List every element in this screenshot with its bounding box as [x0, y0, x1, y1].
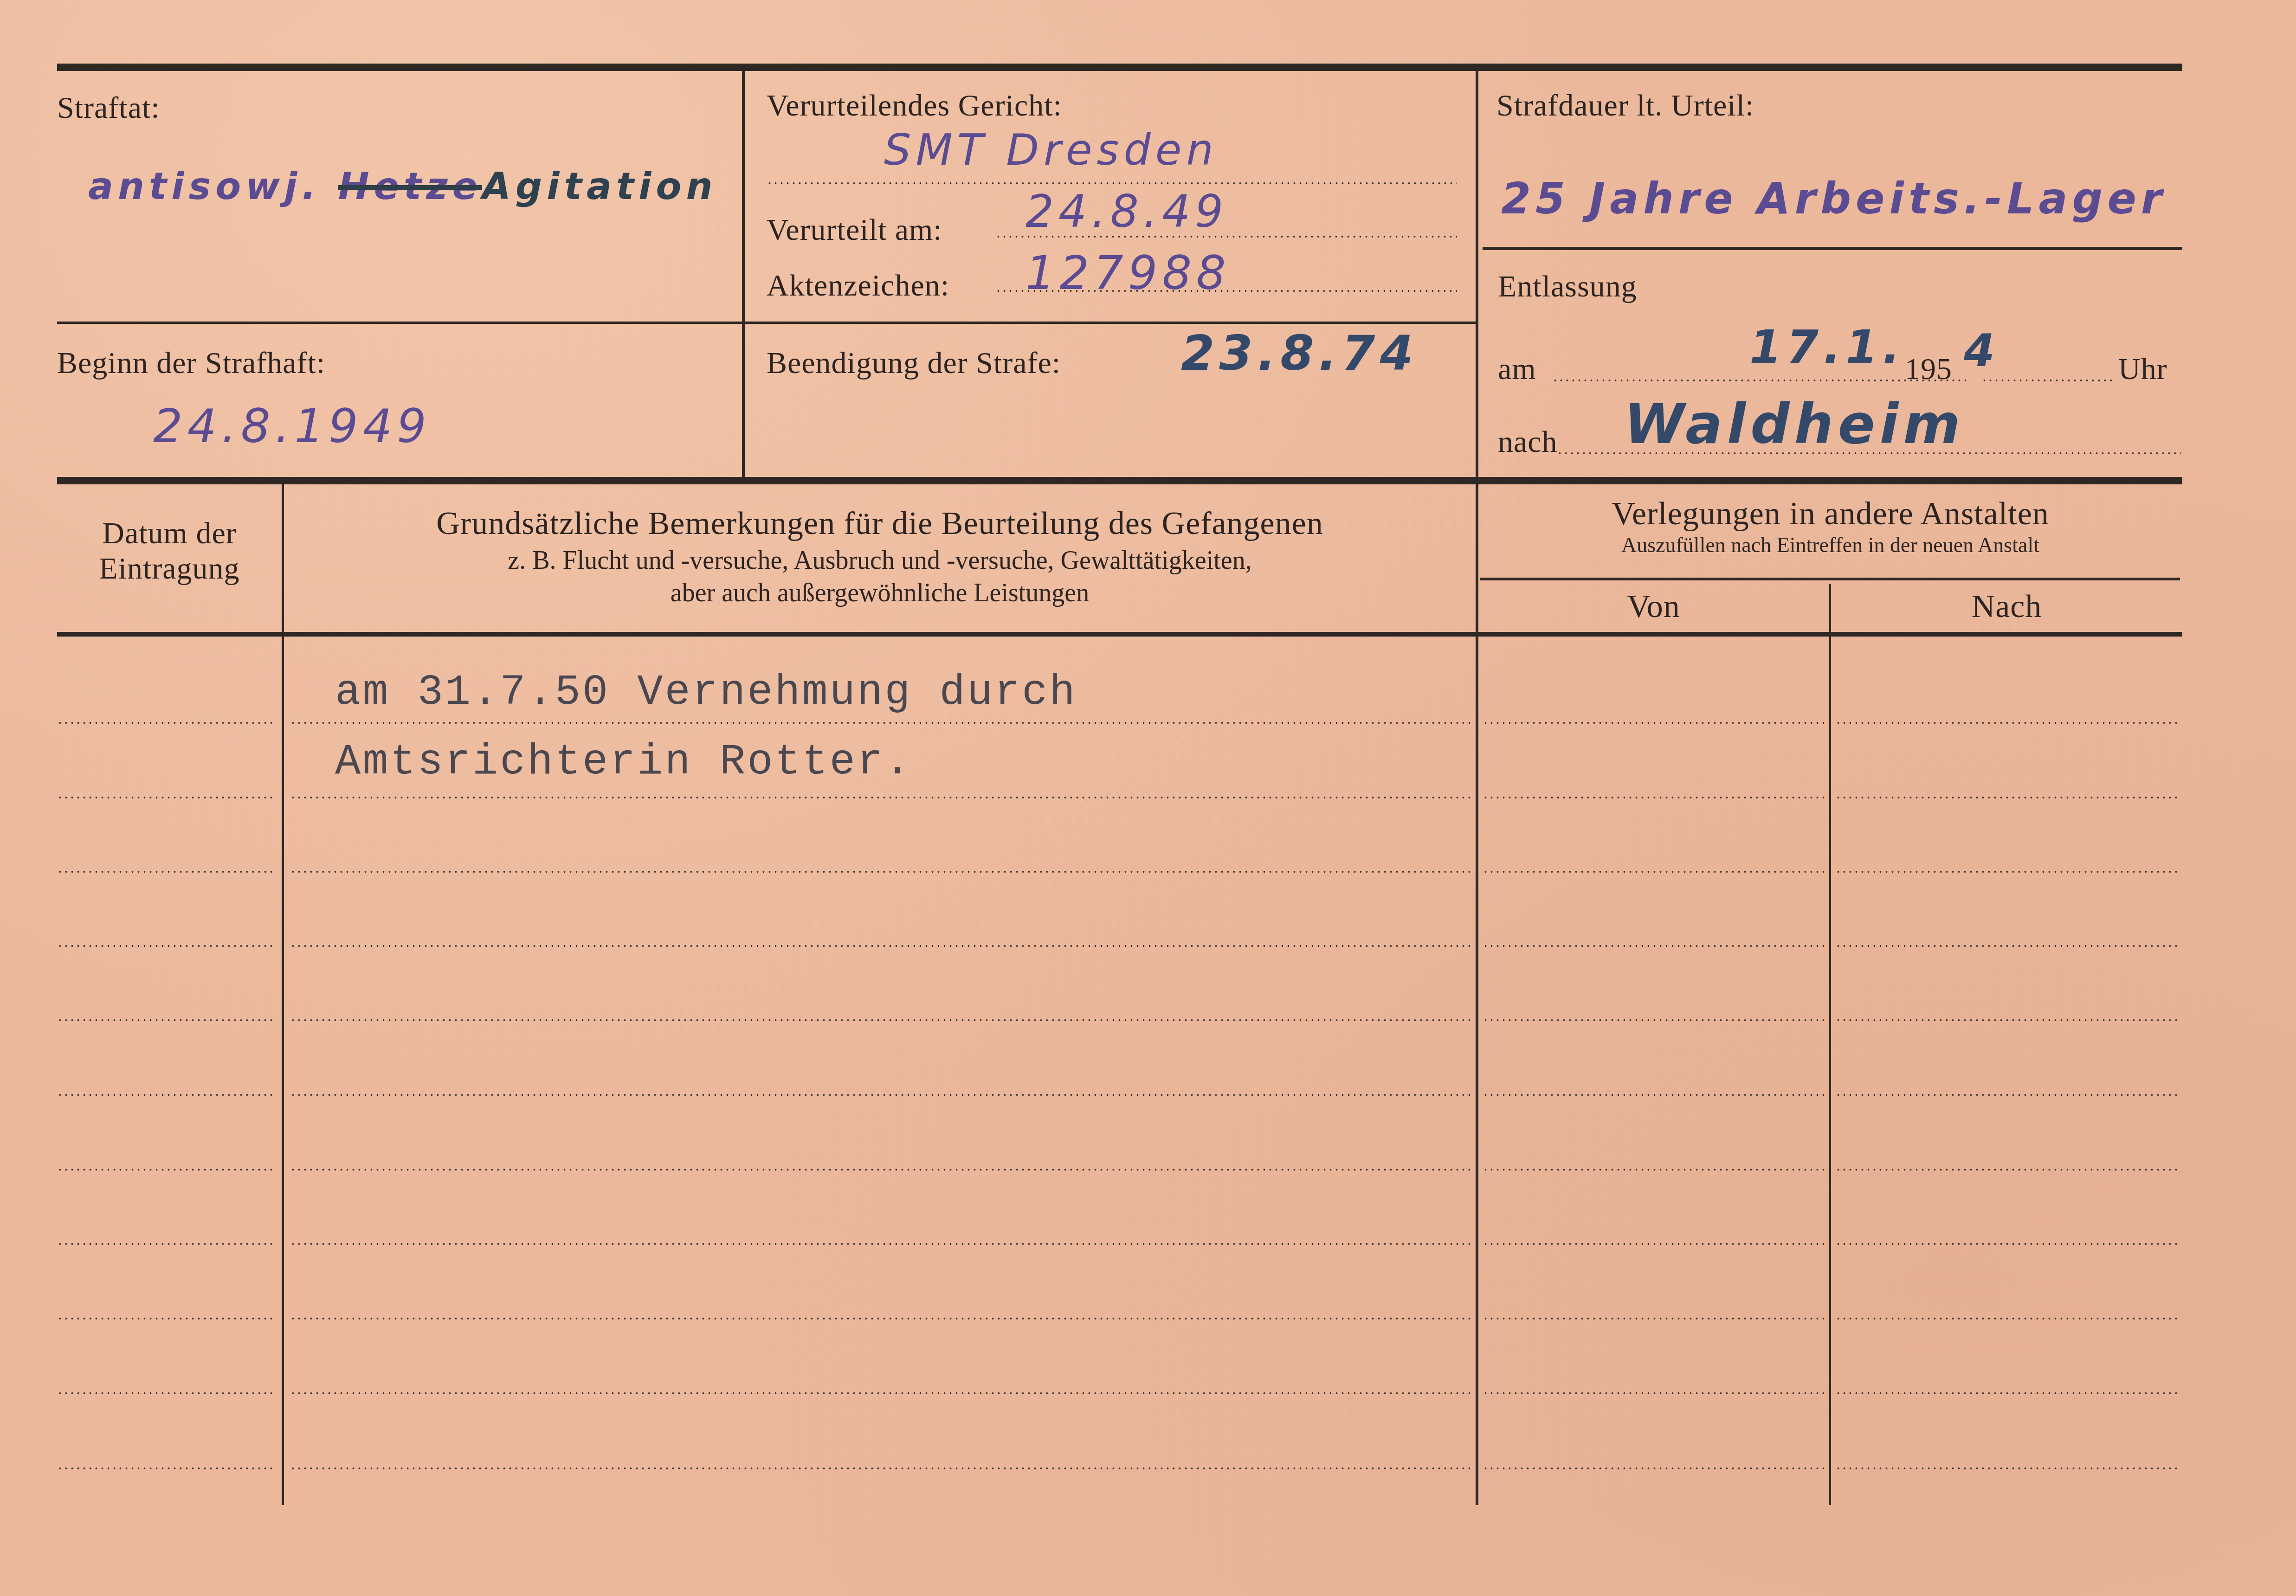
entlassung-nach-value: Waldheim [1624, 392, 1965, 456]
entlassung-am-label: am [1498, 352, 1536, 387]
aktenzeichen-label: Aktenzeichen: [767, 268, 949, 303]
row-dots-nach [1835, 871, 2181, 873]
row-dots-datum [57, 871, 275, 873]
row-dots-von [1483, 1019, 1826, 1021]
row-dots-von [1483, 1243, 1826, 1245]
row-dots-nach [1835, 1169, 2181, 1171]
row-dots-bemerkungen [290, 1169, 1473, 1171]
verlegungen-header-title: Verlegungen in andere Anstalten [1478, 496, 2182, 533]
bemerkungen-header-sub2: aber auch außergewöhnliche Leistungen [284, 577, 1476, 609]
row-dots-datum [57, 1243, 275, 1245]
verurteilt-value: 24.8.49 [1025, 186, 1228, 238]
divider-straftat-gericht [742, 71, 745, 479]
bemerkungen-header-title: Grundsätzliche Bemerkungen für die Beurt… [284, 503, 1476, 544]
straftat-value-struck: Hetze [338, 165, 482, 208]
row-dots-bemerkungen [290, 1392, 1473, 1394]
entry-line-2: Amtsrichterin Rotter. [335, 738, 912, 786]
straftat-value-part1: antisowj. [88, 165, 321, 208]
row-dots-datum [57, 1318, 275, 1319]
divider-bemerkungen-verlegungen [1476, 484, 1478, 1505]
entlassung-label: Entlassung [1498, 269, 1637, 304]
straftat-value-part2: Agitation [482, 165, 717, 208]
divider-gericht-strafdauer [1476, 71, 1478, 479]
entlassung-uhr-dotted-line [1981, 380, 2116, 381]
row-dots-von [1483, 722, 1826, 724]
row-dots-von [1483, 1392, 1826, 1394]
verurteilt-label: Verurteilt am: [767, 212, 942, 248]
row-dots-von [1483, 871, 1826, 873]
aktenzeichen-value: 127988 [1025, 246, 1231, 300]
row-dots-von [1483, 1094, 1826, 1096]
row-dots-datum [57, 797, 275, 798]
aktenzeichen-dotted-line [995, 290, 1457, 292]
beginn-value: 24.8.1949 [153, 399, 431, 453]
row-dots-datum [57, 1019, 275, 1021]
entlassung-date-value: 17.1. [1749, 320, 1905, 374]
row-dots-von [1483, 1169, 1826, 1171]
row-dots-nach [1835, 1318, 2181, 1319]
gericht-label: Verurteilendes Gericht: [767, 88, 1062, 123]
top-rule [57, 64, 2182, 71]
entlassung-nach-label: nach [1498, 425, 1558, 460]
verlegungen-header-sub: Auszufüllen nach Eintreffen in der neuen… [1478, 533, 2182, 558]
strafdauer-value: 25 Jahre Arbeits.-Lager [1501, 174, 2167, 224]
entry-line-1: am 31.7.50 Vernehmung durch [335, 668, 1077, 717]
row-dots-nach [1835, 1392, 2181, 1394]
row-dots-bemerkungen [290, 722, 1473, 724]
row-dots-datum [57, 1169, 275, 1171]
row-dots-von [1483, 1318, 1826, 1319]
straftat-label: Straftat: [57, 90, 160, 126]
bemerkungen-header-sub1: z. B. Flucht und -versuche, Ausbruch und… [284, 544, 1476, 577]
row-dots-nach [1835, 945, 2181, 947]
row-dots-bemerkungen [290, 1243, 1473, 1245]
gericht-value: SMT Dresden [884, 125, 1218, 175]
row-dots-nach [1835, 1243, 2181, 1245]
row-dots-datum [57, 722, 275, 724]
rule-verlegungen-sub [1480, 578, 2180, 580]
bemerkungen-header: Grundsätzliche Bemerkungen für die Beurt… [284, 503, 1476, 609]
row-dots-datum [57, 1094, 275, 1096]
entlassung-year-suffix: 4 [1964, 325, 1999, 377]
rule-section-divider [57, 477, 2182, 484]
rule-header-bottom [57, 632, 2182, 637]
row-dots-datum [57, 945, 275, 947]
datum-header-line2: Eintragung [57, 551, 282, 586]
rule-strafdauer-bottom [1483, 247, 2182, 250]
row-dots-datum [57, 1392, 275, 1394]
entlassung-uhr-label: Uhr [2118, 352, 2167, 387]
datum-header: Datum der Eintragung [57, 516, 282, 586]
straftat-value: antisowj. HetzeAgitation [88, 165, 717, 208]
nach-header: Nach [1831, 588, 2182, 625]
verlegungen-header: Verlegungen in andere Anstalten Auszufül… [1478, 496, 2182, 558]
row-dots-bemerkungen [290, 871, 1473, 873]
strafdauer-label: Strafdauer lt. Urteil: [1496, 88, 1754, 123]
entlassung-nach-dotted-line [1557, 452, 2181, 454]
row-dots-bemerkungen [290, 945, 1473, 947]
entlassung-year-prefix: 195 [1905, 352, 1952, 387]
gericht-dotted-line [767, 182, 1457, 184]
row-dots-bemerkungen [290, 797, 1473, 798]
row-dots-von [1483, 797, 1826, 798]
beendigung-value: 23.8.74 [1181, 325, 1418, 381]
beendigung-label: Beendigung der Strafe: [767, 346, 1061, 381]
divider-datum-column [282, 484, 284, 1505]
divider-von-nach [1829, 584, 1831, 1505]
verurteilt-dotted-line [995, 236, 1457, 238]
von-header: Von [1478, 588, 1829, 625]
row-dots-nach [1835, 722, 2181, 724]
row-dots-bemerkungen [290, 1019, 1473, 1021]
row-dots-nach [1835, 1467, 2181, 1469]
row-dots-bemerkungen [290, 1467, 1473, 1469]
beginn-label: Beginn der Strafhaft: [57, 346, 325, 381]
row-dots-von [1483, 945, 1826, 947]
rule-mid-left [57, 322, 1476, 324]
datum-header-line1: Datum der [57, 516, 282, 551]
row-dots-nach [1835, 1019, 2181, 1021]
row-dots-bemerkungen [290, 1094, 1473, 1096]
row-dots-von [1483, 1467, 1826, 1469]
row-dots-nach [1835, 1094, 2181, 1096]
row-dots-bemerkungen [290, 1318, 1473, 1319]
row-dots-nach [1835, 797, 2181, 798]
row-dots-datum [57, 1467, 275, 1469]
